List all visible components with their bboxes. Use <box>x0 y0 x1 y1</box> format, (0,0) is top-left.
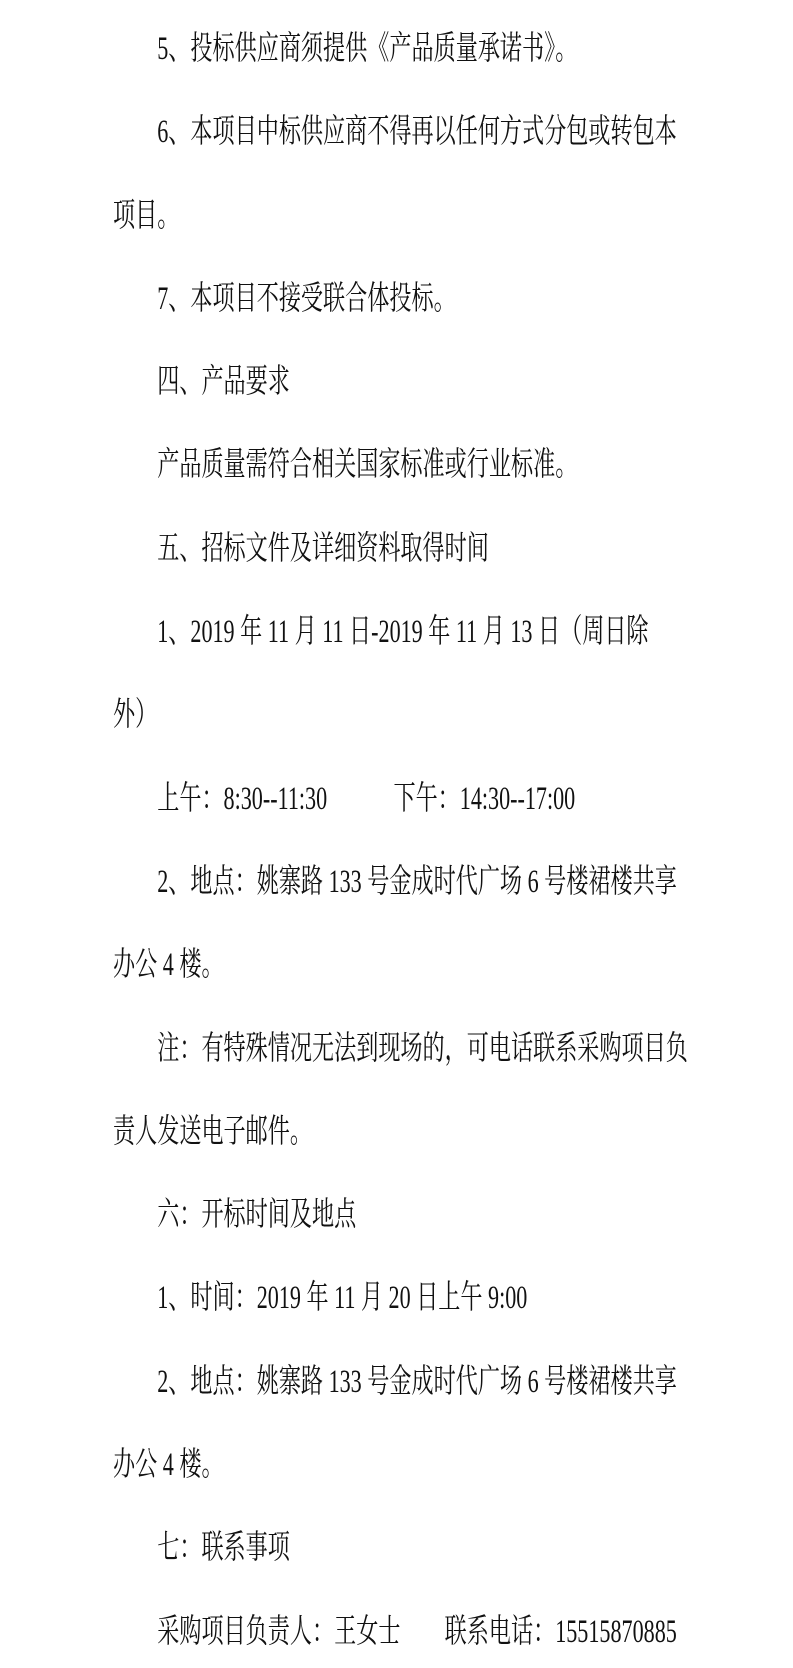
document-line: 办公 4 楼。 <box>113 1424 569 1507</box>
document-line: 5、投标供应商须提供《产品质量承诺书》。 <box>113 8 569 91</box>
document-line: 上午：8:30--11:30 下午：14:30--17:00 <box>113 758 569 841</box>
document-line: 2、地点：姚寨路 133 号金成时代广场 6 号楼裙楼共享 <box>113 841 569 924</box>
section-heading: 六：开标时间及地点 <box>113 1174 569 1257</box>
document-line: 产品质量需符合相关国家标准或行业标准。 <box>113 424 569 507</box>
document-line: 责人发送电子邮件。 <box>113 1091 569 1174</box>
document-line: 注：有特殊情况无法到现场的，可电话联系采购项目负 <box>113 1008 569 1091</box>
document-line: 采购项目负责人：王女士 联系电话：15515870885 <box>113 1591 569 1668</box>
document-line: 7、本项目不接受联合体投标。 <box>113 258 569 341</box>
document-line: 2、地点：姚寨路 133 号金成时代广场 6 号楼裙楼共享 <box>113 1341 569 1424</box>
document-page: 5、投标供应商须提供《产品质量承诺书》。 6、本项目中标供应商不得再以任何方式分… <box>0 0 793 1668</box>
section-heading: 七：联系事项 <box>113 1507 569 1590</box>
document-line: 1、时间：2019 年 11 月 20 日上午 9:00 <box>113 1257 569 1340</box>
section-heading: 四、产品要求 <box>113 341 569 424</box>
section-heading: 五、招标文件及详细资料取得时间 <box>113 508 569 591</box>
document-line: 1、2019 年 11 月 11 日-2019 年 11 月 13 日（周日除 <box>113 591 569 674</box>
document-line: 项目。 <box>113 175 569 258</box>
document-line: 办公 4 楼。 <box>113 924 569 1007</box>
document-line: 6、本项目中标供应商不得再以任何方式分包或转包本 <box>113 91 569 174</box>
document-line: 外） <box>113 674 569 757</box>
